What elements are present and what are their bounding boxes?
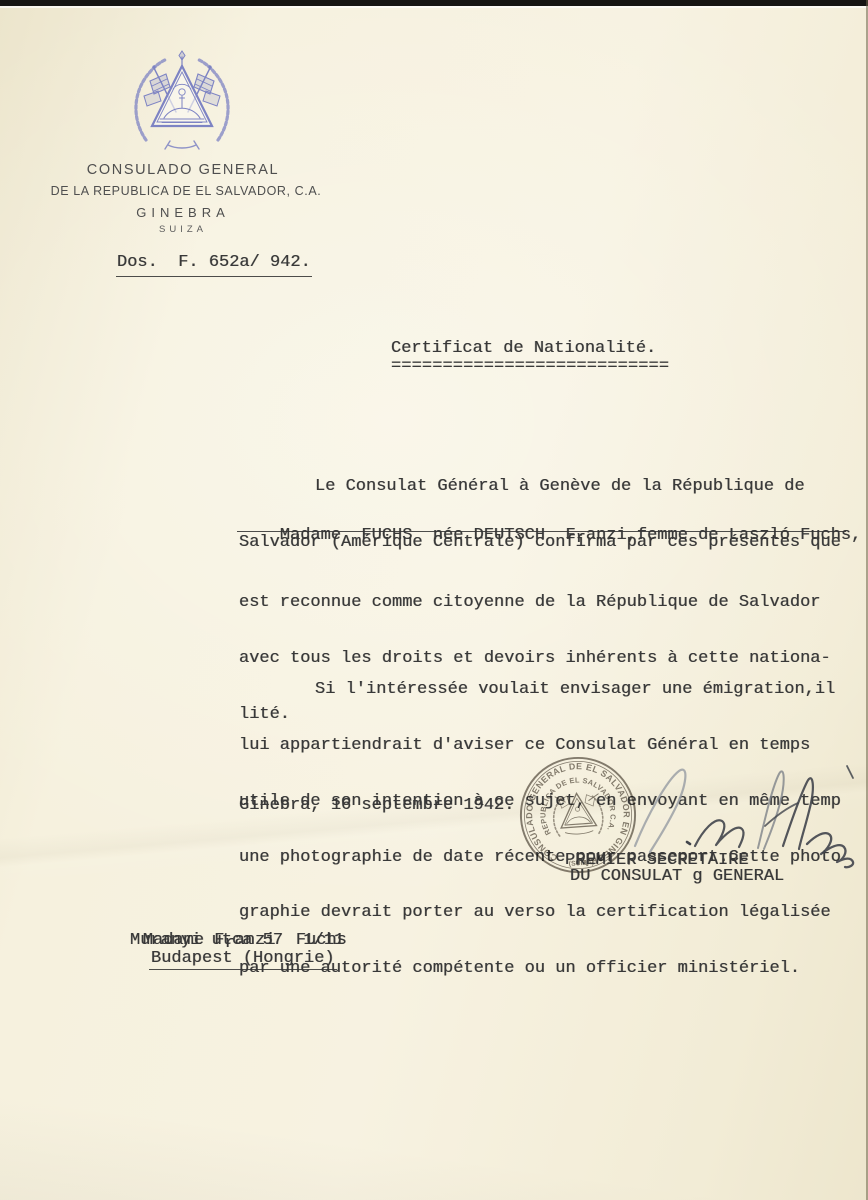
dossier-number: Dos. F. 652a/ 942. [117,254,311,273]
paragraph-line: lui appartiendrait d'aviser ce Consulat … [239,737,841,756]
recipient-street-line: Muranyi utca 57 1/11 [130,932,344,951]
recipient-city-line: Budapest (Hongrie) [151,950,335,969]
stamp-emblem [552,792,604,837]
letterhead-org-line1: CONSULADO GENERAL [13,162,353,178]
paragraph-line: Le Consulat Général à Genève de la Répub… [315,478,841,497]
letterhead-city: GINEBRA [13,205,353,220]
consul-signature [615,758,865,870]
paper-crease [0,1020,868,1200]
subject-name-underline [237,531,846,532]
scanned-certificate-document: CONSULADO GENERAL DE LA REPUBLICA DE EL … [0,0,868,1200]
subject-name-pre: Madame FUCHS née DEUTSCH F [280,526,576,545]
place-date-line: Ginebra, 16 septembre 1942. [239,797,514,816]
scan-edge-top-highlight [0,6,868,8]
recipient-city-underline [149,969,337,970]
title-underline: =========================== [391,358,669,377]
subject-name-post: anzi,femme de Laszló Fuchs, [586,526,861,545]
letterhead-org-line2: DE LA REPUBLICA DE EL SALVADOR, C.A. [16,184,356,198]
letterhead-country: SUIZA [13,224,353,235]
dossier-underline [116,276,312,277]
signer-title-line2: DU CONSULAT g GENERAL [570,868,784,887]
certificate-title: Certificat de Nationalité. [391,340,656,359]
el-salvador-coat-of-arms [120,48,244,152]
paragraph-line: Si l'intéressée voulait envisager une ém… [315,681,841,700]
paragraph-line: est reconnue comme citoyenne de la Répub… [239,594,831,613]
subject-name-line: Madame FUCHS née DEUTSCH Franzi,femme de… [239,508,861,564]
